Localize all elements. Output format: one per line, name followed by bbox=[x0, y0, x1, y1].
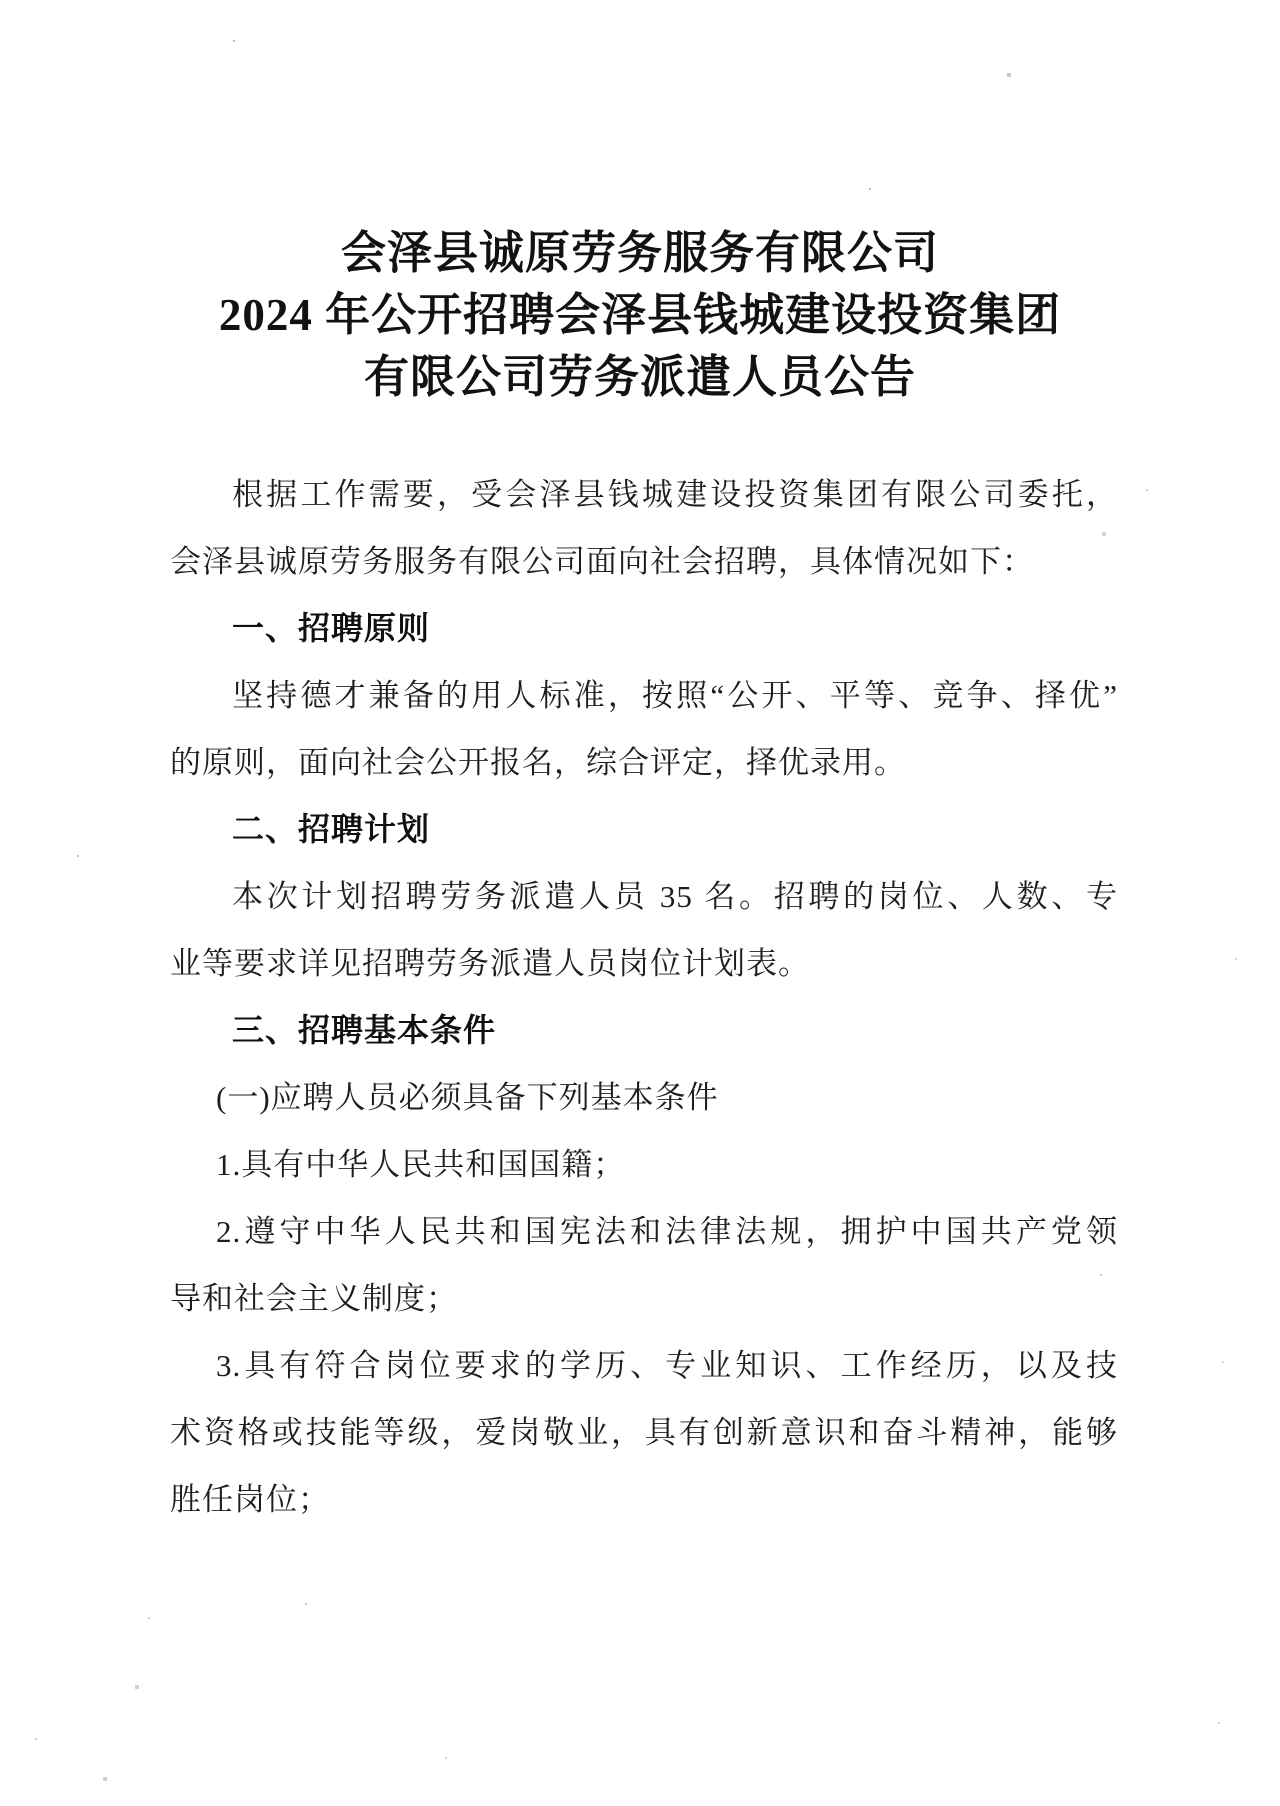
paragraph-line: 根据工作需要，受会泽县钱城建设投资集团有限公司委托， bbox=[170, 461, 1118, 528]
paragraph-line: 坚持德才兼备的用人标准，按照“公开、平等、竞争、择优” bbox=[170, 662, 1118, 729]
document-title: 会泽县诚原劳务服务有限公司 2024 年公开招聘会泽县钱城建设投资集团 有限公司… bbox=[0, 222, 1280, 408]
item-line: 胜任岗位； bbox=[170, 1466, 1118, 1533]
title-line-2: 2024 年公开招聘会泽县钱城建设投资集团 bbox=[0, 284, 1280, 346]
paragraph-line: 的原则，面向社会公开报名，综合评定，择优录用。 bbox=[170, 729, 1118, 796]
paragraph-line: 业等要求详见招聘劳务派遣人员岗位计划表。 bbox=[170, 930, 1118, 997]
document-page: 会泽县诚原劳务服务有限公司 2024 年公开招聘会泽县钱城建设投资集团 有限公司… bbox=[0, 0, 1280, 1806]
paragraph-line: 本次计划招聘劳务派遣人员 35 名。招聘的岗位、人数、专 bbox=[170, 863, 1118, 930]
item-line: 3.具有符合岗位要求的学历、专业知识、工作经历，以及技 bbox=[170, 1332, 1118, 1399]
title-line-1: 会泽县诚原劳务服务有限公司 bbox=[0, 222, 1280, 284]
item-line: 1.具有中华人民共和国国籍； bbox=[170, 1131, 1118, 1198]
subheading-line: (一)应聘人员必须具备下列基本条件 bbox=[170, 1064, 1118, 1131]
heading-line: 二、招聘计划 bbox=[170, 796, 1118, 863]
scan-noise-speckles bbox=[0, 0, 2, 2]
title-line-3: 有限公司劳务派遣人员公告 bbox=[0, 346, 1280, 408]
item-line: 术资格或技能等级，爱岗敬业，具有创新意识和奋斗精神，能够 bbox=[170, 1399, 1118, 1466]
document-body: 根据工作需要，受会泽县钱城建设投资集团有限公司委托，会泽县诚原劳务服务有限公司面… bbox=[170, 461, 1118, 1533]
heading-line: 一、招聘原则 bbox=[170, 595, 1118, 662]
heading-line: 三、招聘基本条件 bbox=[170, 997, 1118, 1064]
item-line: 导和社会主义制度； bbox=[170, 1265, 1118, 1332]
item-line: 2.遵守中华人民共和国宪法和法律法规，拥护中国共产党领 bbox=[170, 1198, 1118, 1265]
paragraph-line: 会泽县诚原劳务服务有限公司面向社会招聘，具体情况如下： bbox=[170, 528, 1118, 595]
